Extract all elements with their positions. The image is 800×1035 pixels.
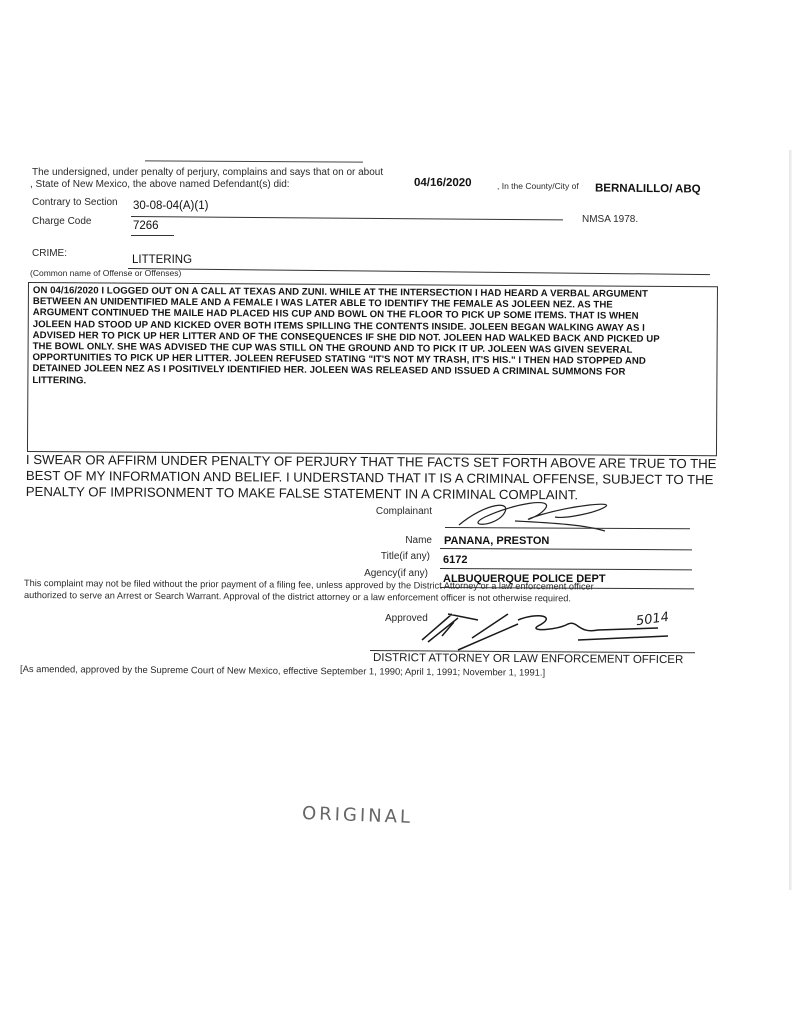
title-label: Title(if any) bbox=[310, 551, 430, 562]
nmsa-label: NMSA 1978. bbox=[582, 214, 638, 225]
filing-note-2: authorized to serve an Arrest or Search … bbox=[24, 590, 571, 603]
header-rule bbox=[145, 160, 363, 162]
scanned-page-edge bbox=[789, 150, 792, 890]
intro-line-1: The undersigned, under penalty of perjur… bbox=[32, 167, 383, 178]
section-label: Contrary to Section bbox=[32, 197, 118, 208]
county-label: , In the County/City of bbox=[497, 181, 579, 191]
crime-value: LITTERING bbox=[132, 254, 192, 266]
section-rule bbox=[131, 216, 563, 220]
filing-note-1: This complaint may not be filed without … bbox=[24, 578, 594, 591]
crime-rule bbox=[128, 268, 710, 275]
narrative-box: ON 04/16/2020 I LOGGED OUT ON A CALL AT … bbox=[27, 282, 718, 456]
crime-sublabel: (Common name of Offense or Offenses) bbox=[30, 268, 181, 278]
name-rule bbox=[440, 548, 692, 550]
section-value: 30-08-04(A)(1) bbox=[133, 200, 208, 212]
charge-code-value: 7266 bbox=[133, 220, 159, 232]
title-value: 6172 bbox=[443, 554, 467, 566]
amended-note: [As amended, approved by the Supreme Cou… bbox=[20, 663, 545, 678]
handwritten-original-mark: ORIGINAL bbox=[302, 803, 414, 828]
charge-code-label: Charge Code bbox=[32, 216, 91, 227]
charge-code-rule bbox=[131, 235, 174, 236]
county-value: BERNALILLO/ ABQ bbox=[595, 182, 701, 195]
offense-date: 04/16/2020 bbox=[414, 177, 472, 189]
complainant-label: Complainant bbox=[312, 506, 432, 517]
title-rule bbox=[440, 568, 692, 570]
intro-line-2: , State of New Mexico, the above named D… bbox=[30, 179, 290, 190]
name-label: Name bbox=[312, 535, 432, 546]
agency-label: Agency(if any) bbox=[308, 568, 428, 579]
name-value: PANANA, PRESTON bbox=[444, 535, 549, 547]
crime-label: CRIME: bbox=[32, 248, 67, 259]
complainant-signature bbox=[445, 497, 705, 537]
approver-caption: DISTRICT ATTORNEY OR LAW ENFORCEMENT OFF… bbox=[373, 652, 683, 666]
